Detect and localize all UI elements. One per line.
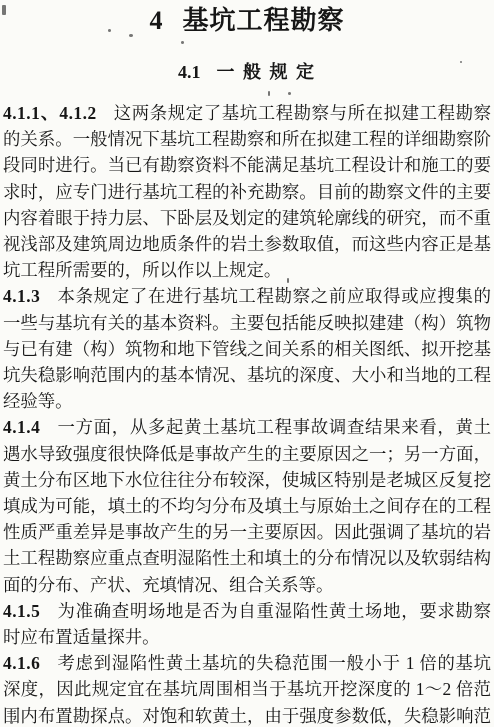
chapter-number: 4 (149, 6, 162, 35)
text-line: 与已有建（构）筑物和地下管线之间关系的相关图纸、拟开挖基 (3, 336, 491, 362)
text-line: 的关系。一般情况下基坑工程勘察和所在拟建工程的详细勘察阶 (3, 126, 491, 152)
text-line: 一些与基坑有关的基本资料。主要包括能反映拟建建（构）筑物 (3, 310, 491, 336)
text-line: 坑失稳影响范围内的基本情况、基坑的深度、大小和当地的工程 (3, 362, 491, 388)
text-line: 深度，因此规定宜在基坑周围相当于基坑开挖深度的 1～2 倍范 (3, 676, 491, 702)
text-line: 4.1.6考虑到湿陷性黄土基坑的失稳范围一般小于 1 倍的基坑 (3, 650, 491, 676)
section-title-text: 一 般 规 定 (217, 62, 317, 82)
scan-artifact (181, 41, 184, 44)
clause-number: 4.1.1、4.1.2 (3, 103, 97, 123)
text-line: 求时，应专门进行基坑工程的补充勘察。目前的勘察文件的主要 (3, 179, 491, 205)
line-text: 本条规定了在进行基坑工程勘察之前应取得或应搜集的 (57, 286, 491, 306)
line-text: 这两条规定了基坑工程勘察与所在拟建工程勘察 (113, 103, 491, 123)
text-line: 黄土分布区地下水位往往分布较深，使城区特别是老城区反复挖 (3, 467, 491, 493)
text-line: 土工程勘察应重点查明湿陷性土和填土的分布情况以及软弱结构 (3, 545, 491, 571)
line-text: 一方面，从多起黄土基坑工程事故调查结果来看，黄土 (57, 417, 491, 437)
chapter-title-text: 基坑工程勘察 (182, 6, 344, 35)
text-line: 4.1.3本条规定了在进行基坑工程勘察之前应取得或应搜集的 (3, 283, 491, 309)
text-line: 4.1.5为准确查明场地是否为自重湿陷性黄土场地，要求勘察 (3, 598, 491, 624)
chapter-title: 4基坑工程勘察 (0, 0, 494, 37)
scan-artifact (129, 34, 133, 37)
body-text: 4.1.1、4.1.2这两条规定了基坑工程勘察与所在拟建工程勘察 的关系。一般情… (0, 100, 494, 727)
text-line: 填成为可能，填土的不均匀分布及填土与原始土之间存在的工程 (3, 493, 491, 519)
scan-artifact (287, 278, 289, 283)
clause-number: 4.1.5 (3, 601, 40, 621)
section-title: 4.1一 般 规 定 (0, 61, 494, 83)
text-line: 坑工程所需要的，所以作以上规定。 (3, 257, 491, 283)
scan-artifact (288, 92, 291, 95)
text-line: 时应布置适量探井。 (3, 624, 491, 650)
scan-artifact (10, 721, 13, 724)
text-line: 围内布置勘探点。对饱和软黄土，由于强度参数低，失稳影响范 (3, 703, 491, 727)
text-line: 内容着眼于持力层、下卧层及划定的建筑轮廓线的研究，而不重 (3, 205, 491, 231)
text-line: 面的分布、产状、充填情况、组合关系等。 (3, 572, 491, 598)
text-line: 遇水导致强度很快降低是事故产生的主要原因之一；另一方面， (3, 441, 491, 467)
line-text: 考虑到湿陷性黄土基坑的失稳范围一般小于 1 倍的基坑 (57, 653, 491, 673)
clause-number: 4.1.3 (3, 286, 40, 306)
scan-artifact (108, 29, 111, 32)
line-text: 为准确查明场地是否为自重湿陷性黄土场地，要求勘察 (57, 601, 491, 621)
text-line: 经验等。 (3, 388, 491, 414)
section-number: 4.1 (178, 62, 201, 82)
scan-artifact (268, 91, 270, 96)
text-line: 4.1.4一方面，从多起黄土基坑工程事故调查结果来看，黄土 (3, 414, 491, 440)
scan-artifact (460, 61, 462, 63)
scan-artifact (2, 5, 6, 15)
clause-number: 4.1.4 (3, 417, 40, 437)
text-line: 4.1.1、4.1.2这两条规定了基坑工程勘察与所在拟建工程勘察 (3, 100, 491, 126)
document-page: 4基坑工程勘察 4.1一 般 规 定 4.1.1、4.1.2这两条规定了基坑工程… (0, 0, 494, 727)
text-line: 段同时进行。当已有勘察资料不能满足基坑工程设计和施工的要 (3, 152, 491, 178)
clause-number: 4.1.6 (3, 653, 40, 673)
text-line: 性质严重差异是事故产生的另一主要原因。因此强调了基坑的岩 (3, 519, 491, 545)
text-line: 视浅部及建筑周边地质条件的岩土参数取值，而这些内容正是基 (3, 231, 491, 257)
